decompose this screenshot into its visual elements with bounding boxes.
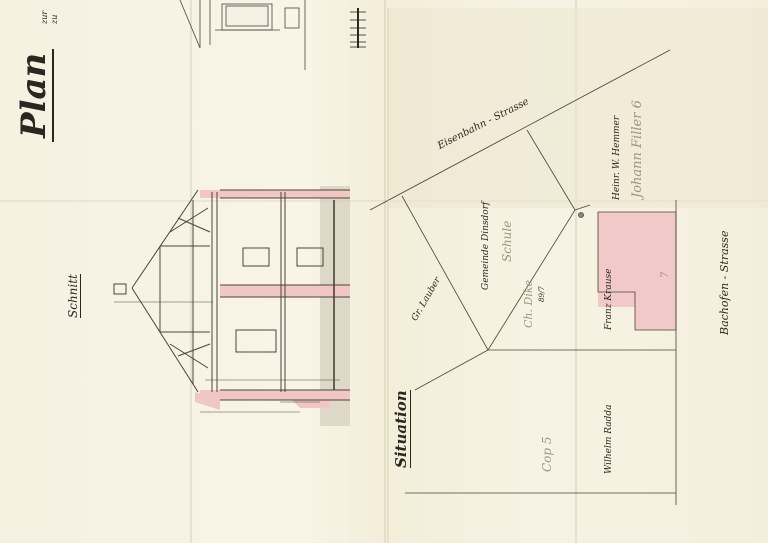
pencil-note: 7 [660,272,671,278]
pencil-note: Cop 5 [540,436,554,472]
parcel-fraction: 89/7 [538,286,546,302]
parcel-pencil-note: Cop 5 [540,436,554,472]
parcel-pencil-note: Schule [500,221,514,262]
site-plan-label-text: Situation [392,390,410,468]
site-plan [370,8,676,543]
site-plan-label: Situation [392,390,411,468]
parcel-pencil-note: Johann Filler 6 [630,100,645,198]
elevation-fragment [180,0,305,70]
pencil-note: Schule [500,221,514,262]
street-label-right: Bachofen - Strasse [718,231,731,335]
owner-name: Gemeinde Dinsdorf [481,202,491,290]
owner-name: Wilhelm Radda [604,405,614,474]
parcel-pencil-note: Ch. Dike [522,280,535,328]
parcel-pencil-note: 7 [660,272,671,278]
fraction: 89/7 [538,286,546,302]
street-name: Bachofen - Strasse [718,231,731,335]
owner-name: Heinr. W. Hemmer [612,116,622,200]
drawing-canvas [0,0,768,543]
parcel-owner: Heinr. W. Hemmer [612,116,622,200]
parcel-owner: Wilhelm Radda [604,405,614,474]
owner-name: Franz Krause [604,269,614,330]
parcel-owner: Gemeinde Dinsdorf [481,202,491,290]
section-drawing [114,186,350,426]
pencil-note: Ch. Dike [522,280,535,328]
pencil-note: Johann Filler 6 [630,100,645,198]
scale-bar [350,8,366,48]
parcel-owner: Franz Krause [604,269,614,330]
